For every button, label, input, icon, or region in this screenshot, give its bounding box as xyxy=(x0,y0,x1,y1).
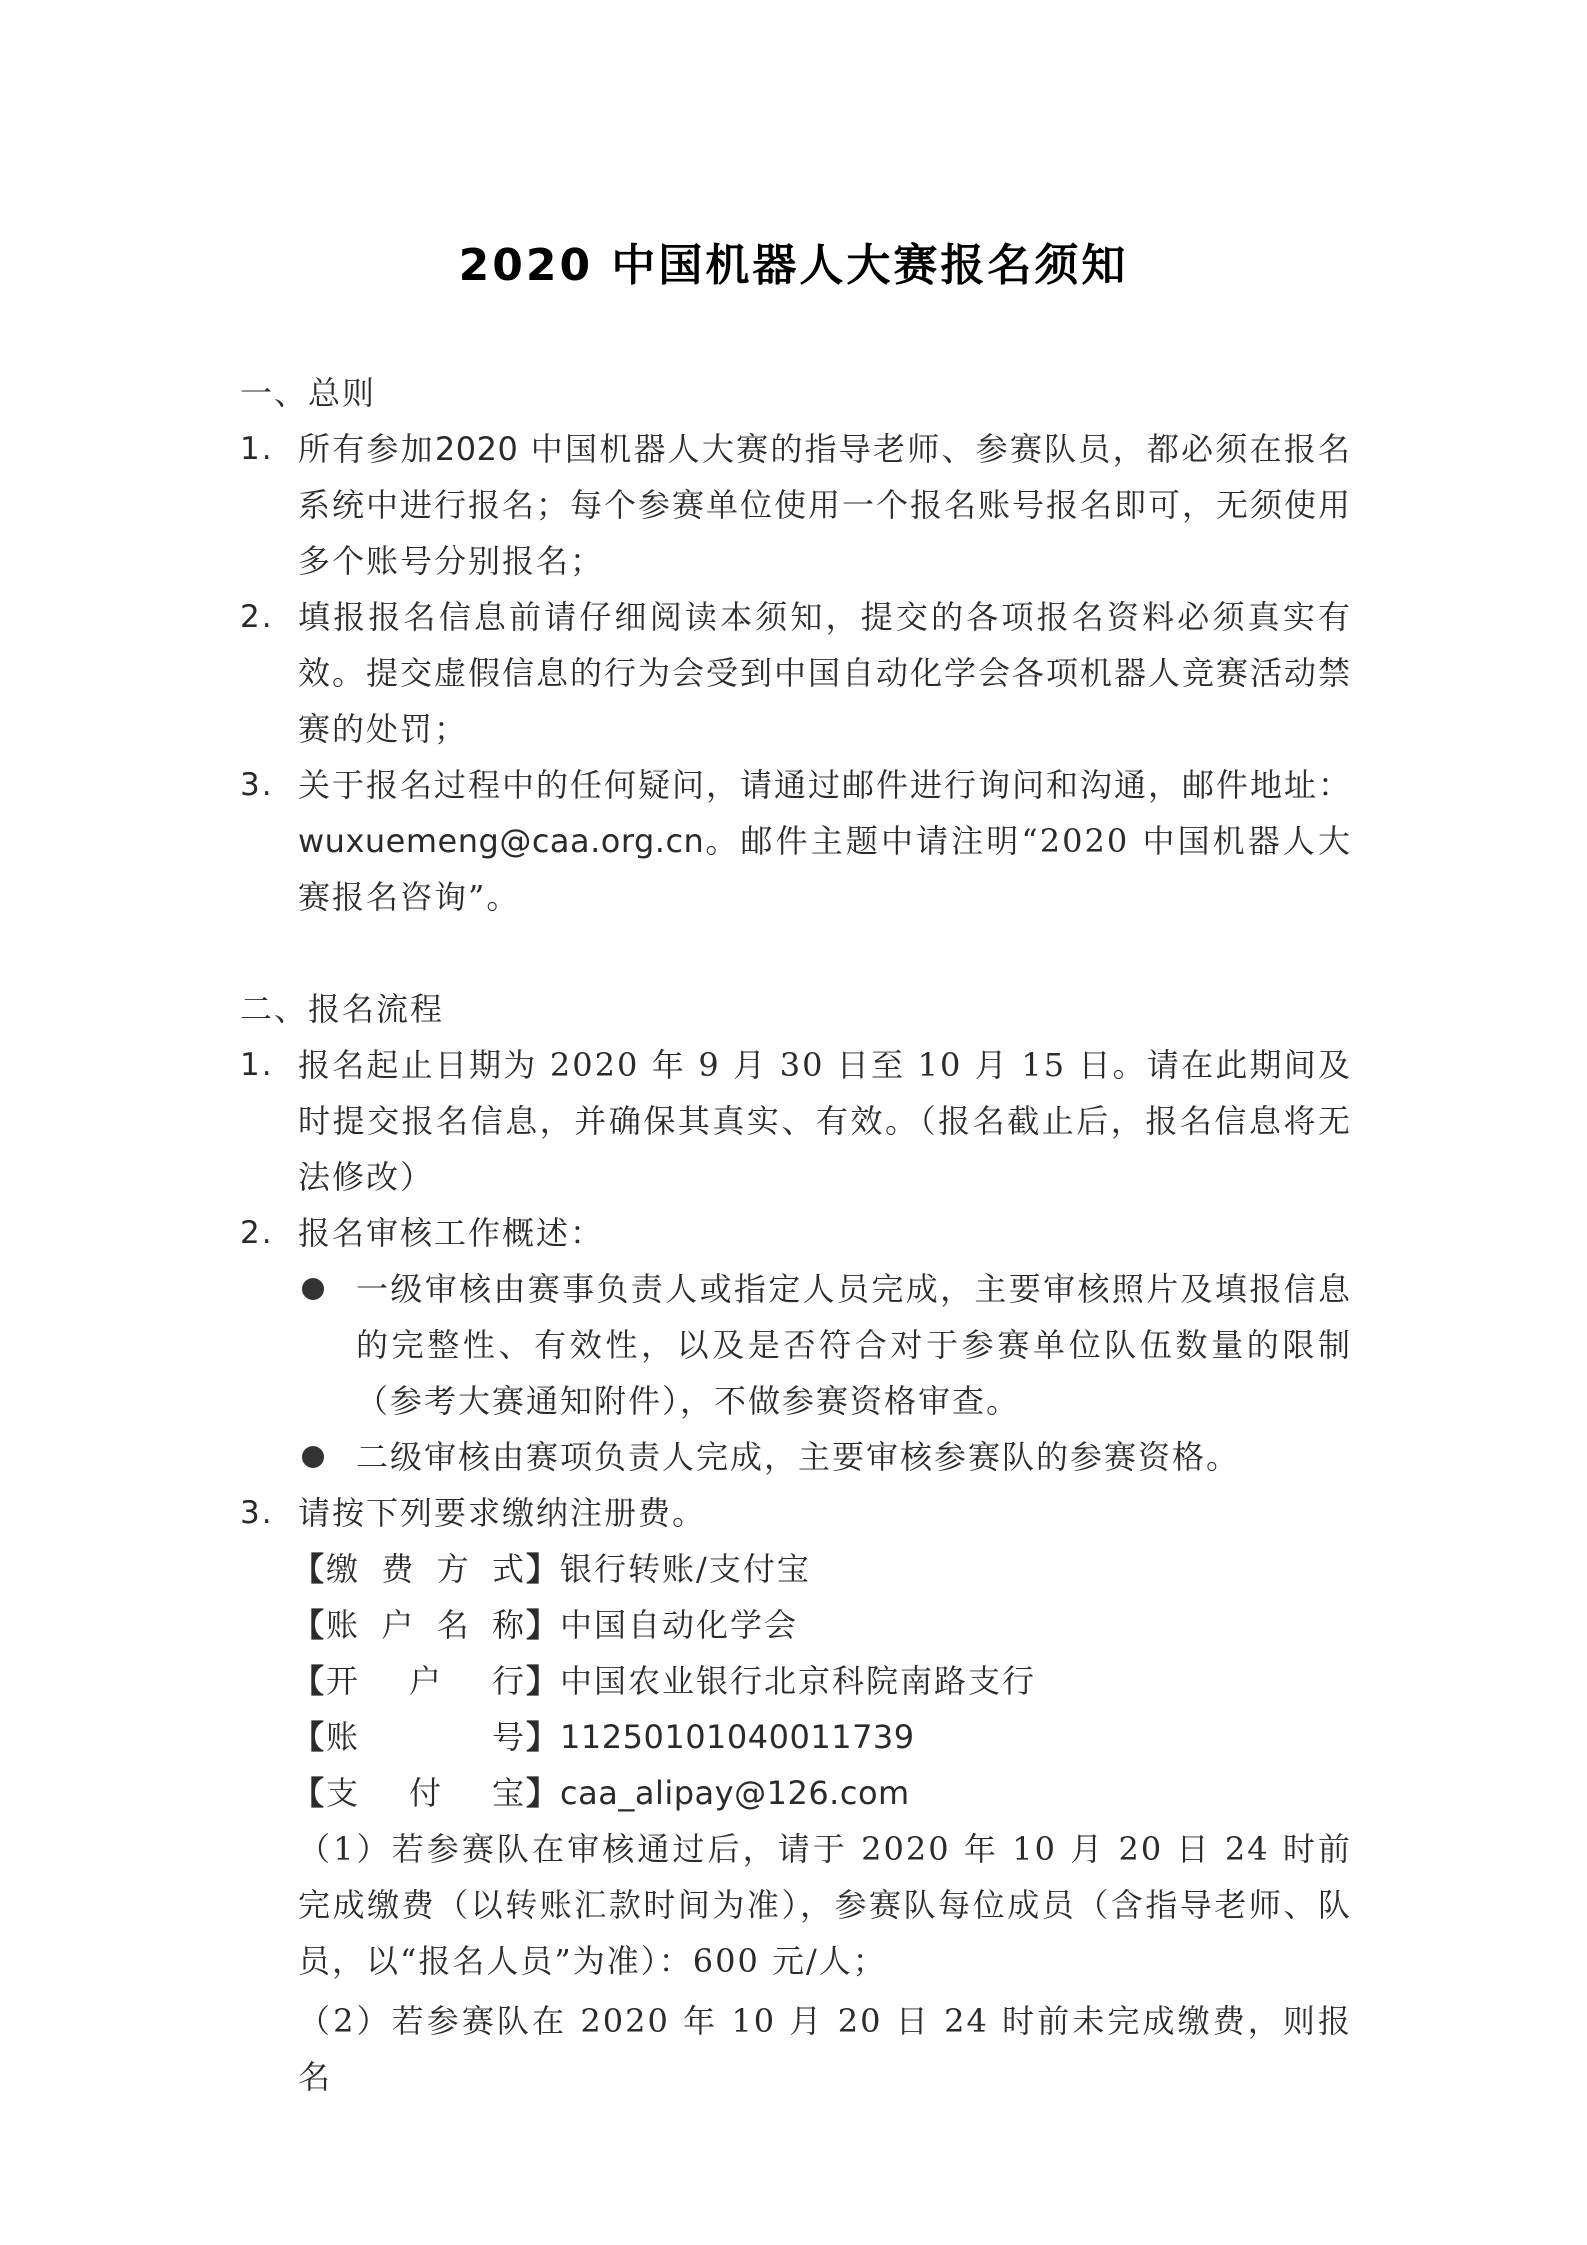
list-number: 3. xyxy=(240,757,274,813)
bullet-dot-icon xyxy=(302,1446,324,1468)
list-number: 1. xyxy=(240,421,274,477)
contact-email-link[interactable]: wuxuemeng@caa.org.cn xyxy=(298,822,704,860)
list-item: 2. 报名审核工作概述： xyxy=(240,1205,1352,1261)
payment-label: 账户名称 xyxy=(326,1597,526,1653)
section-heading: 二、报名流程 xyxy=(240,981,1352,1037)
bracket-close: 】 xyxy=(526,1550,560,1588)
item-text: 报名审核工作概述： xyxy=(298,1214,604,1252)
bullet-dot-icon xyxy=(302,1278,324,1300)
payment-info: 【缴费方式】银行转账/支付宝 【账户名称】中国自动化学会 【开户行】中国农业银行… xyxy=(240,1541,1352,1821)
payment-value: 中国农业银行北京科院南路支行 xyxy=(560,1662,1036,1700)
alipay-account-link[interactable]: caa_alipay@126.com xyxy=(560,1774,910,1812)
document-title: 2020 中国机器人大赛报名须知 xyxy=(0,229,1587,293)
item-text: 所有参加2020 中国机器人大赛的指导老师、参赛队员，都必须在报名系统中进行报名… xyxy=(298,430,1352,580)
payment-value: 中国自动化学会 xyxy=(560,1606,798,1644)
bracket-close: 】 xyxy=(526,1662,560,1700)
list-item: 1. 报名起止日期为 2020 年 9 月 30 日至 10 月 15 日。请在… xyxy=(240,1037,1352,1205)
item-text-part: 所有参加 xyxy=(298,430,435,468)
document-page: 2020 中国机器人大赛报名须知 一、总则 1. 所有参加2020 中国机器人大… xyxy=(0,0,1587,2245)
bullet-text: 二级审核由赛项负责人完成，主要审核参赛队的参赛资格。 xyxy=(356,1438,1240,1476)
list-number: 2. xyxy=(240,589,274,645)
payment-label: 账号 xyxy=(326,1709,526,1765)
bullet-text: 一级审核由赛事负责人或指定人员完成，主要审核照片及填报信息的完整性、有效性，以及… xyxy=(356,1270,1352,1420)
section-heading: 一、总则 xyxy=(240,365,1352,421)
payment-note: （1）若参赛队在审核通过后，请于 2020 年 10 月 20 日 24 时前完… xyxy=(240,1821,1352,1989)
payment-row-account-number: 【账号】11250101040011739 xyxy=(240,1709,1352,1765)
payment-row-account-name: 【账户名称】中国自动化学会 xyxy=(240,1597,1352,1653)
item-text-year: 2020 xyxy=(435,430,518,468)
bracket-open: 【 xyxy=(292,1718,326,1756)
list-number: 3. xyxy=(240,1485,274,1541)
payment-label: 支付宝 xyxy=(326,1765,526,1821)
bullet-item: 一级审核由赛事负责人或指定人员完成，主要审核照片及填报信息的完整性、有效性，以及… xyxy=(240,1261,1352,1429)
bracket-open: 【 xyxy=(292,1662,326,1700)
bracket-close: 】 xyxy=(526,1606,560,1644)
list-number: 1. xyxy=(240,1037,274,1093)
bracket-close: 】 xyxy=(526,1774,560,1812)
list-item: 2. 填报报名信息前请仔细阅读本须知，提交的各项报名资料必须真实有效。提交虚假信… xyxy=(240,589,1352,757)
bracket-open: 【 xyxy=(292,1550,326,1588)
item-text: 报名起止日期为 2020 年 9 月 30 日至 10 月 15 日。请在此期间… xyxy=(298,1046,1352,1196)
payment-value: 银行转账/支付宝 xyxy=(560,1550,811,1588)
payment-label: 缴费方式 xyxy=(326,1541,526,1597)
section-registration-process: 二、报名流程 1. 报名起止日期为 2020 年 9 月 30 日至 10 月 … xyxy=(240,981,1352,2105)
list-item: 3. 关于报名过程中的任何疑问，请通过邮件进行询问和沟通，邮件地址：wuxuem… xyxy=(240,757,1352,925)
bracket-open: 【 xyxy=(292,1774,326,1812)
item-text: 请按下列要求缴纳注册费。 xyxy=(298,1494,706,1532)
payment-row-method: 【缴费方式】银行转账/支付宝 xyxy=(240,1541,1352,1597)
item-text-part: 关于报名过程中的任何疑问，请通过邮件进行询问和沟通，邮件地址： xyxy=(298,766,1352,804)
payment-note: （2）若参赛队在 2020 年 10 月 20 日 24 时前未完成缴费，则报名 xyxy=(240,1993,1352,2105)
document-body: 一、总则 1. 所有参加2020 中国机器人大赛的指导老师、参赛队员，都必须在报… xyxy=(240,365,1352,2105)
item-text: 填报报名信息前请仔细阅读本须知，提交的各项报名资料必须真实有效。提交虚假信息的行… xyxy=(298,598,1352,748)
section-spacer xyxy=(240,925,1352,981)
item-text: 关于报名过程中的任何疑问，请通过邮件进行询问和沟通，邮件地址：wuxuemeng… xyxy=(298,766,1352,916)
list-item: 3. 请按下列要求缴纳注册费。 xyxy=(240,1485,1352,1541)
list-item: 1. 所有参加2020 中国机器人大赛的指导老师、参赛队员，都必须在报名系统中进… xyxy=(240,421,1352,589)
payment-value: 11250101040011739 xyxy=(560,1718,915,1756)
list-number: 2. xyxy=(240,1205,274,1261)
payment-row-bank: 【开户行】中国农业银行北京科院南路支行 xyxy=(240,1653,1352,1709)
bracket-close: 】 xyxy=(526,1718,560,1756)
section-general: 一、总则 1. 所有参加2020 中国机器人大赛的指导老师、参赛队员，都必须在报… xyxy=(240,365,1352,925)
bracket-open: 【 xyxy=(292,1606,326,1644)
bullet-item: 二级审核由赛项负责人完成，主要审核参赛队的参赛资格。 xyxy=(240,1429,1352,1485)
payment-label: 开户行 xyxy=(326,1653,526,1709)
payment-row-alipay: 【支付宝】caa_alipay@126.com xyxy=(240,1765,1352,1821)
